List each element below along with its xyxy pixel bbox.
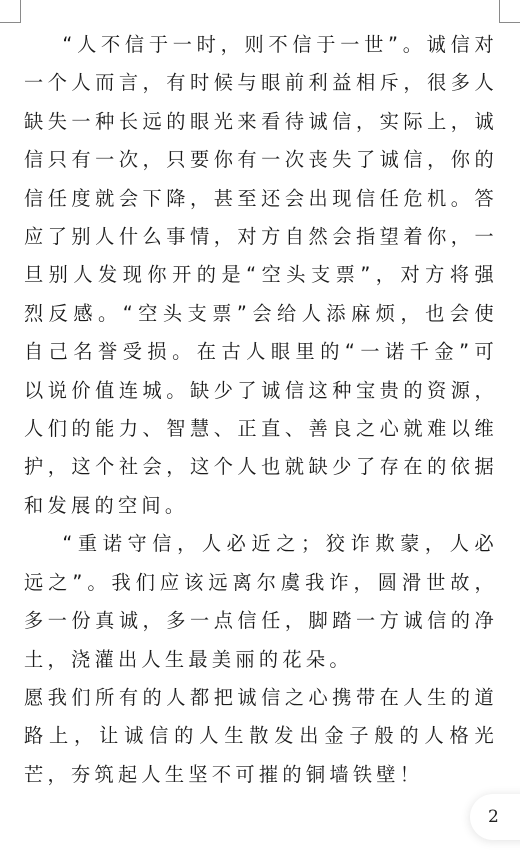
page-number: 2 bbox=[488, 807, 499, 827]
paragraph-3: 愿我们所有的人都把诚信之心携带在人生的道路上，让诚信的人生散发出金子般的人格光芒… bbox=[24, 679, 498, 794]
paragraph-1: “人不信于一时，则不信于一世”。诚信对一个人而言，有时候与眼前利益相斥，很多人缺… bbox=[24, 26, 498, 525]
page-number-badge[interactable]: 2 bbox=[470, 794, 520, 840]
document-body: “人不信于一时，则不信于一世”。诚信对一个人而言，有时候与眼前利益相斥，很多人缺… bbox=[24, 26, 498, 794]
crop-mark-top-right bbox=[499, 0, 520, 23]
crop-mark-top-left bbox=[0, 0, 21, 23]
paragraph-2: “重诺守信，人必近之；狡诈欺蒙，人必远之”。我们应该远离尔虞我诈，圆滑世故，多一… bbox=[24, 525, 498, 679]
